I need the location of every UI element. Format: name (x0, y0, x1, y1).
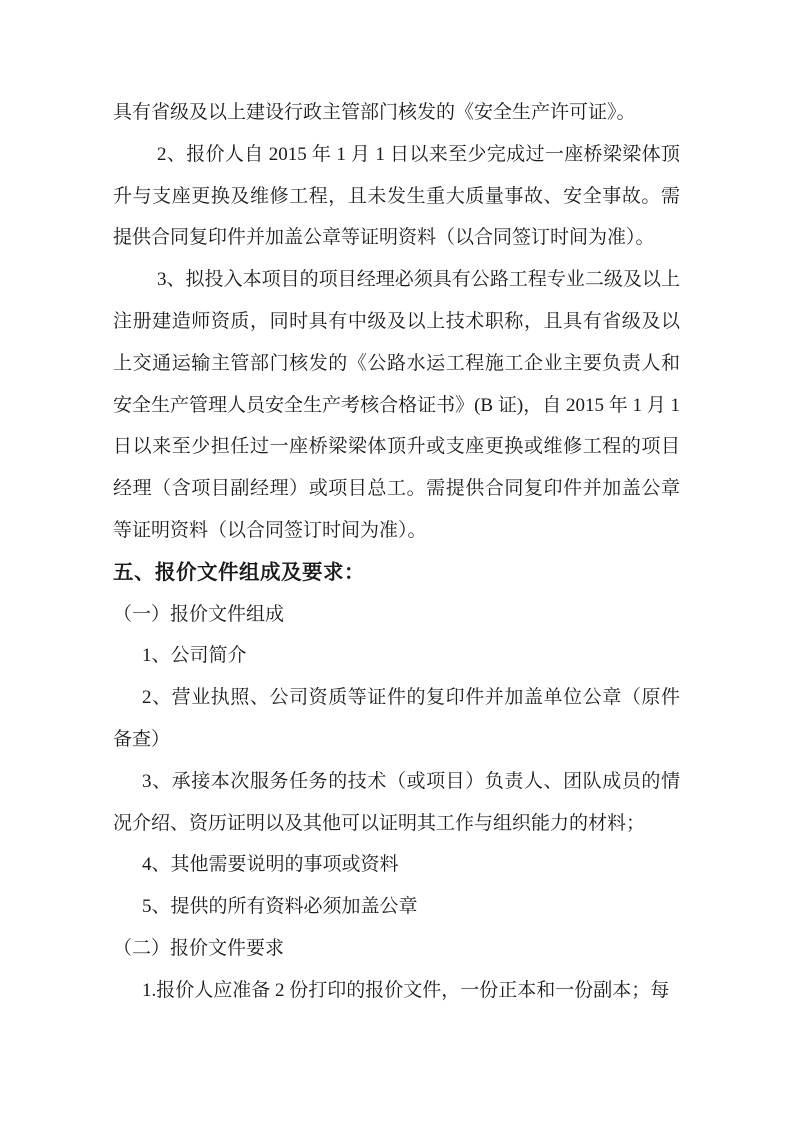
clause-3-paragraph: 3、拟投入本项目的项目经理必须具有公路工程专业二级及以上注册建造师资质，同时具有… (113, 259, 680, 552)
subsection-1-title: （一）报价文件组成 (113, 594, 680, 636)
document-page: 具有省级及以上建设行政主管部门核发的《安全生产许可证》。 2、报价人自 2015… (0, 0, 793, 1122)
clause-continuation-text: 具有省级及以上建设行政主管部门核发的《安全生产许可证》。 (113, 92, 680, 134)
composition-item-5: 5、提供的所有资料必须加盖公章 (113, 886, 680, 928)
subsection-2-title: （二）报价文件要求 (113, 928, 680, 970)
composition-item-4: 4、其他需要说明的事项或资料 (113, 844, 680, 886)
section-5-heading: 五、报价文件组成及要求： (113, 552, 680, 594)
clause-2-paragraph: 2、报价人自 2015 年 1 月 1 日以来至少完成过一座桥梁梁体顶升与支座更… (113, 134, 680, 259)
requirement-item-1: 1.报价人应准备 2 份打印的报价文件，一份正本和一份副本；每 (113, 970, 680, 1012)
composition-item-3: 3、承接本次服务任务的技术（或项目）负责人、团队成员的情况介绍、资历证明以及其他… (113, 761, 680, 845)
composition-item-2: 2、营业执照、公司资质等证件的复印件并加盖单位公章（原件备查） (113, 677, 680, 761)
composition-item-1: 1、公司简介 (113, 635, 680, 677)
